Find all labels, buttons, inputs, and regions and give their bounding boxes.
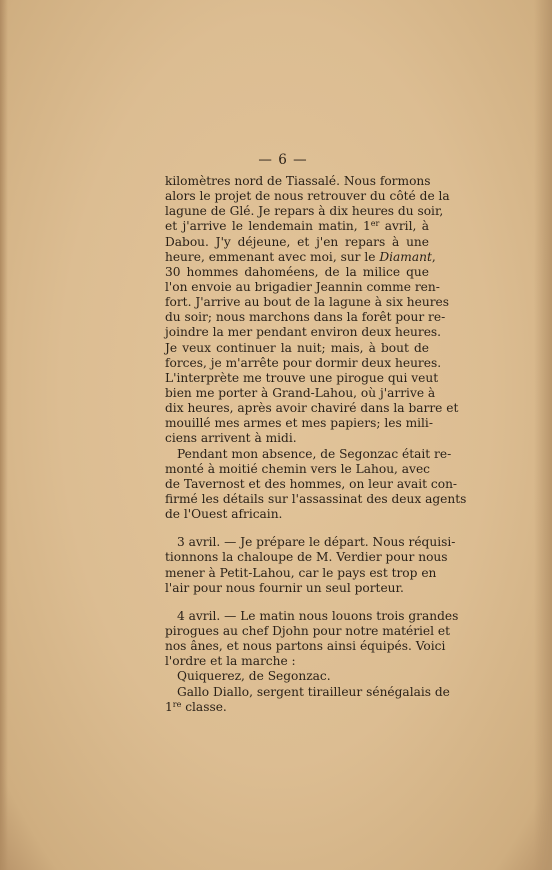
- text-line: L'interprète me trouve une pirogue qui v…: [165, 371, 429, 386]
- paragraph: Gallo Diallo, sergent tirailleur sénégal…: [165, 685, 429, 715]
- text-line: l'ordre et la marche :: [165, 654, 429, 669]
- text-line: du soir; nous marchons dans la forêt pou…: [165, 310, 429, 325]
- paragraph-gap: [165, 596, 429, 609]
- text-line: alors le projet de nous retrouver du côt…: [165, 189, 429, 204]
- page-edge-right: [534, 0, 552, 870]
- text-line: Quiquerez, de Segonzac.: [165, 669, 429, 684]
- text-line: Dabou. J'y déjeune, et j'en repars à une: [165, 235, 429, 250]
- text-line: tionnons la chaloupe de M. Verdier pour …: [165, 550, 429, 565]
- text-line: monté à moitié chemin vers le Lahou, ave…: [165, 462, 429, 477]
- text-line: lagune de Glé. Je repars à dix heures du…: [165, 204, 429, 219]
- text-line: Gallo Diallo, sergent tirailleur sénégal…: [165, 685, 429, 700]
- text-line: de Tavernost et des hommes, on leur avai…: [165, 477, 429, 492]
- text-line: fort. J'arrive au bout de la lagune à si…: [165, 295, 429, 310]
- page-number: — 6 —: [0, 152, 552, 168]
- text-line: dix heures, après avoir chaviré dans la …: [165, 401, 429, 416]
- text-line: nos ânes, et nous partons ainsi équipés.…: [165, 639, 429, 654]
- text-line: 3 avril. — Je prépare le départ. Nous ré…: [165, 535, 429, 550]
- paragraph: 3 avril. — Je prépare le départ. Nous ré…: [165, 535, 429, 596]
- text-line: 30 hommes dahoméens, de la milice que: [165, 265, 429, 280]
- paragraph: Pendant mon absence, de Segonzac était r…: [165, 447, 429, 523]
- text-line: de l'Ouest africain.: [165, 507, 429, 522]
- text-line: l'air pour nous fournir un seul porteur.: [165, 581, 429, 596]
- text-line: forces, je m'arrête pour dormir deux heu…: [165, 356, 429, 371]
- text-line: Pendant mon absence, de Segonzac était r…: [165, 447, 429, 462]
- text-line: l'on envoie au brigadier Jeannin comme r…: [165, 280, 429, 295]
- text-line: 4 avril. — Le matin nous louons trois gr…: [165, 609, 429, 624]
- body-text: kilomètres nord de Tiassalé. Nous formon…: [165, 174, 429, 715]
- paragraph: kilomètres nord de Tiassalé. Nous formon…: [165, 174, 429, 447]
- paragraph-gap: [165, 522, 429, 535]
- text-line: ciens arrivent à midi.: [165, 431, 429, 446]
- text-line: et j'arrive le lendemain matin, 1er avri…: [165, 219, 429, 234]
- text-line: heure, emmenant avec moi, sur le Diamant…: [165, 250, 429, 265]
- paragraph: Quiquerez, de Segonzac.: [165, 669, 429, 684]
- text-line: kilomètres nord de Tiassalé. Nous formon…: [165, 174, 429, 189]
- text-line: mouillé mes armes et mes papiers; les mi…: [165, 416, 429, 431]
- page-edge-left: [0, 0, 8, 870]
- text-line: mener à Petit-Lahou, car le pays est tro…: [165, 566, 429, 581]
- text-line: 1re classe.: [165, 700, 429, 715]
- text-line: Je veux continuer la nuit; mais, à bout …: [165, 341, 429, 356]
- text-line: joindre la mer pendant environ deux heur…: [165, 325, 429, 340]
- text-line: bien me porter à Grand-Lahou, où j'arriv…: [165, 386, 429, 401]
- paragraph: 4 avril. — Le matin nous louons trois gr…: [165, 609, 429, 670]
- text-line: pirogues au chef Djohn pour notre matéri…: [165, 624, 429, 639]
- text-line: firmé les détails sur l'assassinat des d…: [165, 492, 429, 507]
